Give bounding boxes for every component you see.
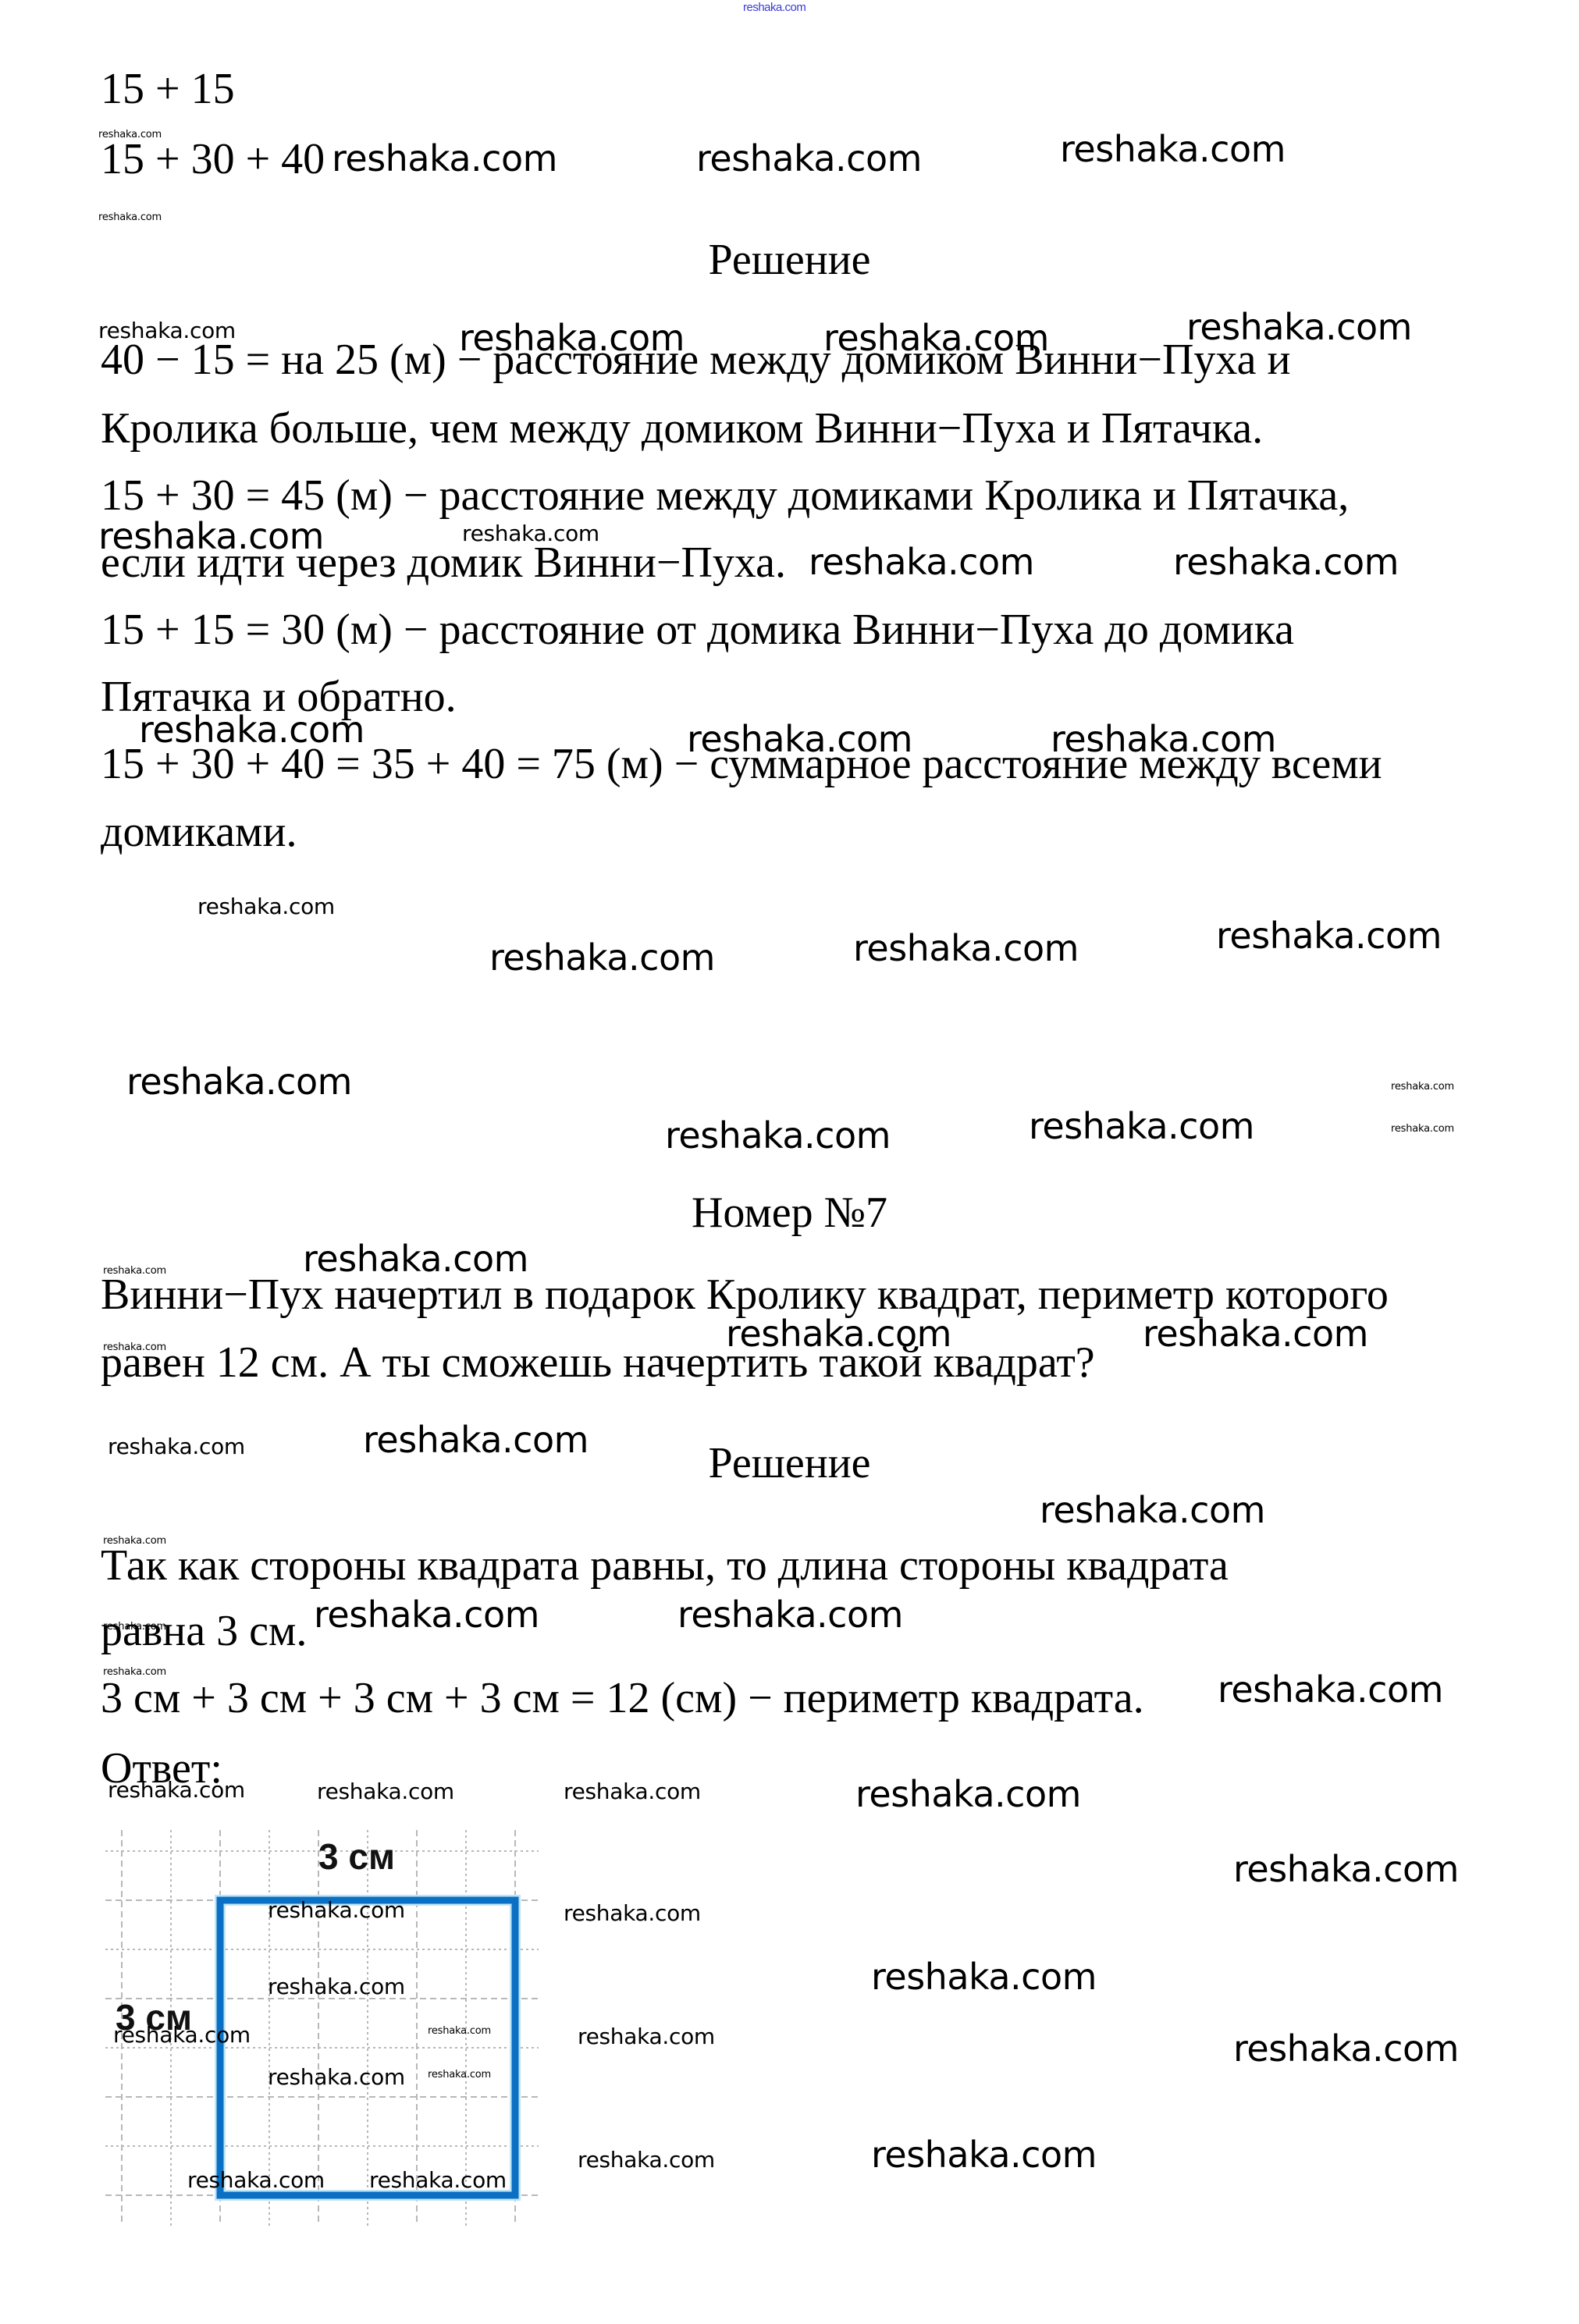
watermark: reshaka.com [363,1422,589,1458]
watermark: reshaka.com [197,896,335,918]
watermark: reshaka.com [428,2070,491,2080]
watermark: reshaka.com [1233,1851,1459,1887]
watermark: reshaka.com [1233,2031,1459,2066]
watermark: reshaka.com [1186,309,1412,345]
watermark: reshaka.com [268,1976,405,1998]
watermark: reshaka.com [103,1667,166,1677]
top-side-label: 3 см [318,1839,395,1874]
watermark: reshaka.com [855,1776,1081,1812]
watermark: reshaka.com [1391,1082,1454,1092]
watermark: reshaka.com [1216,918,1442,954]
watermark: reshaka.com [1218,1672,1443,1707]
watermark: reshaka.com [113,2024,251,2046]
watermark: reshaka.com [103,1536,166,1546]
watermark: reshaka.com [696,140,922,176]
watermark: reshaka.com [564,1903,701,1924]
watermark: reshaka.com [871,2137,1097,2173]
watermark: reshaka.com [665,1118,891,1153]
watermark: reshaka.com [489,940,715,975]
watermark: reshaka.com [564,1781,701,1803]
watermark: reshaka.com [98,518,324,554]
watermark: reshaka.com [332,140,557,176]
watermark: reshaka.com [871,1959,1097,1995]
watermark: reshaka.com [303,1241,528,1277]
watermark: reshaka.com [1391,1124,1454,1134]
watermark: reshaka.com [268,1899,405,1921]
watermark: reshaka.com [187,2169,325,2191]
watermark: reshaka.com [677,1597,903,1633]
watermark: reshaka.com [428,2026,491,2036]
watermark: reshaka.com [1040,1492,1265,1528]
square-drawing [0,0,1579,2324]
watermark: reshaka.com [98,130,162,140]
watermark: reshaka.com [578,2026,715,2048]
watermark: reshaka.com [98,212,162,222]
watermark: reshaka.com [103,1266,166,1276]
watermark: reshaka.com [317,1781,454,1803]
watermark: reshaka.com [459,320,685,356]
watermark: reshaka.com [853,930,1079,966]
document-page: reshaka.com 15 + 15 15 + 30 + 40 Решение… [0,0,1579,2324]
watermark: reshaka.com [809,544,1034,580]
watermark: reshaka.com [108,1779,245,1801]
watermark: reshaka.com [687,721,912,757]
watermark: reshaka.com [726,1316,951,1352]
watermark: reshaka.com [108,1436,245,1458]
watermark: reshaka.com [1051,721,1276,757]
watermark: reshaka.com [578,2149,715,2171]
watermark: reshaka.com [1029,1108,1254,1144]
watermark: reshaka.com [1143,1316,1368,1352]
watermark: reshaka.com [314,1597,539,1633]
watermark: reshaka.com [126,1064,352,1100]
watermark: reshaka.com [103,1622,166,1632]
watermark: reshaka.com [369,2169,507,2191]
watermark: reshaka.com [823,320,1049,356]
watermark: reshaka.com [1173,544,1399,580]
watermark: reshaka.com [103,1342,166,1352]
watermark: reshaka.com [462,523,599,545]
watermark: reshaka.com [1060,131,1286,167]
watermark: reshaka.com [98,320,236,342]
watermark: reshaka.com [139,712,365,748]
watermark: reshaka.com [268,2066,405,2088]
